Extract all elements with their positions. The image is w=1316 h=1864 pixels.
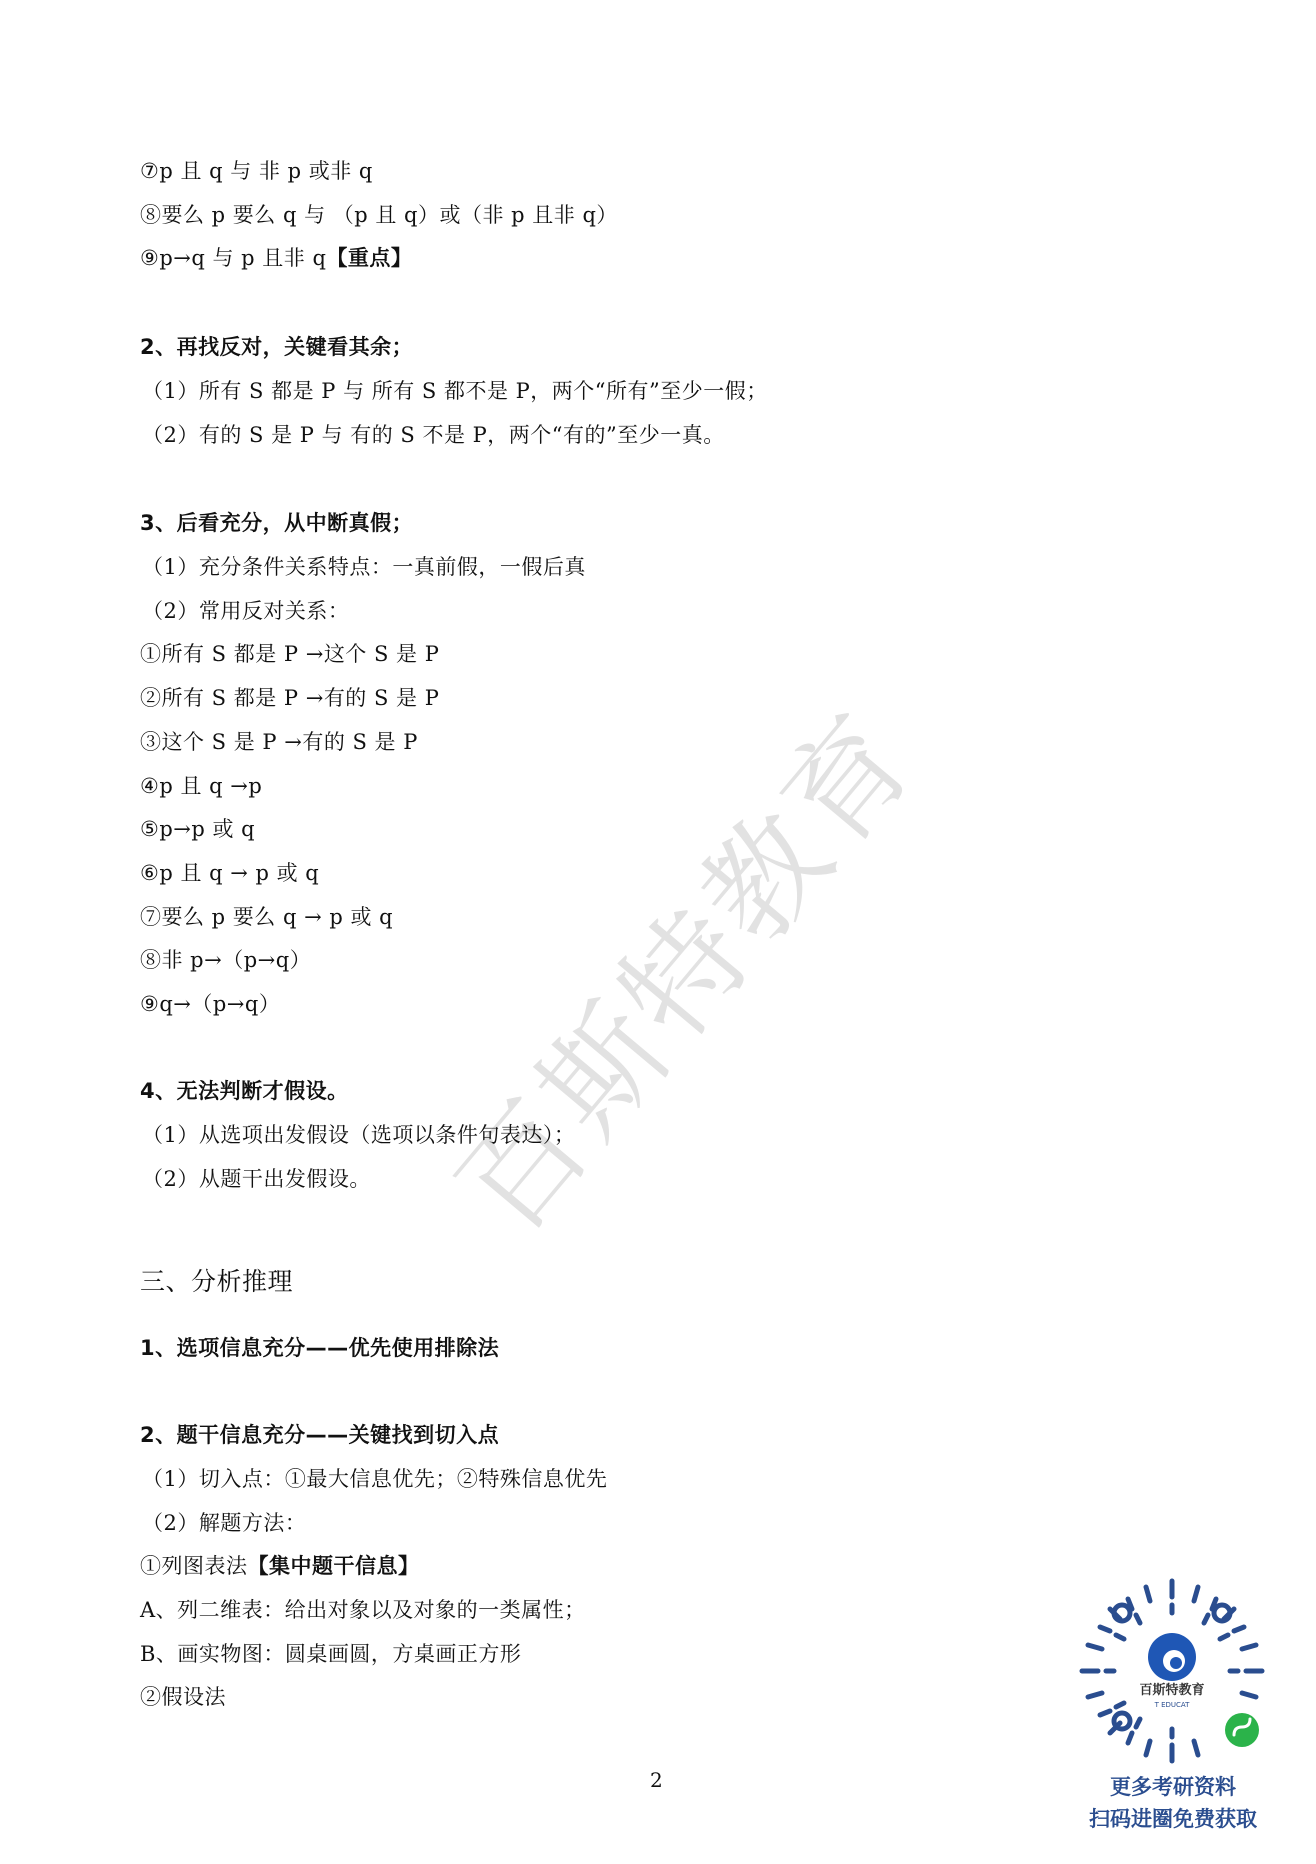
relation-item: ⑦要么 p 要么 q → p 或 q (140, 903, 393, 931)
relation-item: ⑤p→p 或 q (140, 815, 255, 843)
section-heading: 1、选项信息充分——优先使用排除法 (140, 1334, 499, 1362)
list-item: （2）从题干出发假设。 (142, 1165, 371, 1193)
list-item: （2）有的 S 是 P 与 有的 S 不是 P，两个“有的”至少一真。 (142, 421, 725, 449)
page-number: 2 (650, 1768, 663, 1792)
method-item: ①列图表法【集中题干信息】 (140, 1552, 420, 1580)
list-item: （1）所有 S 都是 P 与 所有 S 都不是 P，两个“所有”至少一假； (142, 377, 768, 405)
list-item: （2）解题方法： (142, 1509, 306, 1537)
document-page: 百斯特教育 ⑦p 且 q 与 非 p 或非 q ⑧要么 p 要么 q 与 （p … (0, 0, 1316, 1864)
section-heading: 2、题干信息充分——关键找到切入点 (140, 1421, 499, 1449)
list-item: B、画实物图：圆桌画圆，方桌画正方形 (140, 1640, 521, 1668)
relation-item: ④p 且 q →p (140, 772, 262, 800)
list-item: ⑨p→q 与 p 且非 q【重点】 (140, 244, 412, 272)
emphasis-tag: 【重点】 (326, 246, 412, 270)
list-item: （1）充分条件关系特点：一真前假，一假后真 (142, 553, 586, 581)
list-item: （2）常用反对关系： (142, 597, 349, 625)
relation-item: ②所有 S 都是 P →有的 S 是 P (140, 684, 439, 712)
list-item: （1）从选项出发假设（选项以条件句表达）； (142, 1121, 575, 1149)
page-content: ⑦p 且 q 与 非 p 或非 q ⑧要么 p 要么 q 与 （p 且 q）或（… (0, 0, 1316, 1864)
relation-item: ⑨q→（p→q） (140, 990, 280, 1018)
relation-item: ⑧非 p→（p→q） (140, 946, 311, 974)
list-item: （1）切入点：①最大信息优先；②特殊信息优先 (142, 1465, 607, 1493)
section-heading: 3、后看充分，从中断真假； (140, 509, 413, 537)
section-heading: 2、再找反对，关键看其余； (140, 333, 413, 361)
relation-item: ③这个 S 是 P →有的 S 是 P (140, 728, 418, 756)
part-title: 三、分析推理 (140, 1266, 293, 1298)
method-text: ①列图表法 (140, 1554, 248, 1578)
relation-item: ⑥p 且 q → p 或 q (140, 859, 319, 887)
list-item: A、列二维表：给出对象以及对象的一类属性； (140, 1596, 586, 1624)
list-item: ⑧要么 p 要么 q 与 （p 且 q）或（非 p 且非 q） (140, 201, 618, 229)
method-item: ②假设法 (140, 1683, 226, 1711)
emphasis-tag: 【集中题干信息】 (248, 1554, 420, 1578)
list-item: ⑦p 且 q 与 非 p 或非 q (140, 157, 373, 185)
list-item-text: ⑨p→q 与 p 且非 q (140, 246, 326, 270)
section-heading: 4、无法判断才假设。 (140, 1077, 349, 1105)
relation-item: ①所有 S 都是 P →这个 S 是 P (140, 640, 439, 668)
